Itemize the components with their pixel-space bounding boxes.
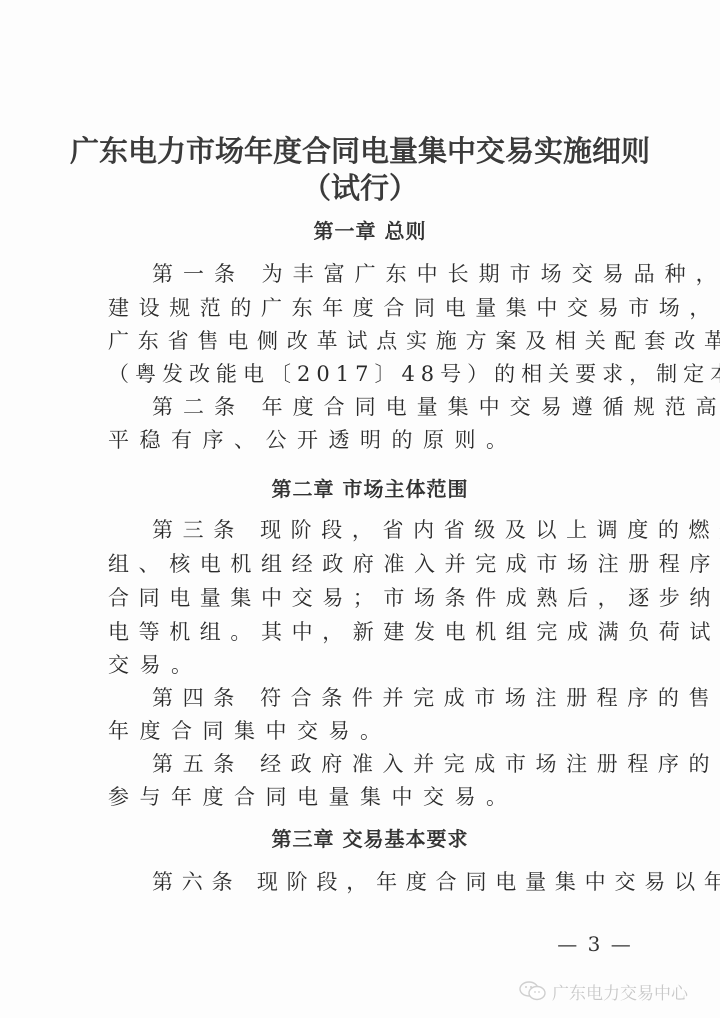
- document-subtitle: （试行）: [0, 170, 720, 206]
- chapter-heading-2: 第二章 市场主体范围: [0, 476, 720, 502]
- article-6-line-1: 第六条 现阶段，年度合同电量集中交易以年度为周期，在: [152, 868, 638, 896]
- article-3-line-4: 电等机组。其中，新建发电机组完成满负荷试运行后才能参加: [108, 618, 638, 646]
- article-3-line-1: 第三条 现阶段，省内省级及以上调度的燃煤机组、燃气机: [152, 516, 638, 544]
- chapter-heading-3: 第三章 交易基本要求: [0, 826, 720, 852]
- watermark-text: 广东电力交易中心: [552, 979, 688, 1004]
- article-4-line-1: 第四条 符合条件并完成市场注册程序的售电公司可参与: [152, 684, 638, 712]
- article-5-line-1: 第五条 经政府准入并完成市场注册程序的电力大用户可: [152, 750, 638, 778]
- article-4-line-2: 年度合同集中交易。: [108, 717, 638, 745]
- page-number: — 3 —: [555, 932, 635, 956]
- article-1-line-3: 广东省售电侧改革试点实施方案及相关配套改革方案的通知》: [108, 327, 638, 355]
- article-2-line-1: 第二条 年度合同电量集中交易遵循规范高效、公平公正、: [152, 393, 638, 421]
- article-1-line-2: 建设规范的广东年度合同电量集中交易市场，根据《关于印发: [108, 294, 638, 322]
- article-2-line-2: 平稳有序、公开透明的原则。: [108, 426, 638, 454]
- document-title: 广东电力市场年度合同电量集中交易实施细则: [0, 133, 720, 169]
- article-5-line-2: 参与年度合同电量集中交易。: [108, 783, 638, 811]
- document-page: 广东电力市场年度合同电量集中交易实施细则 （试行） 第一章 总则 第一条 为丰富…: [0, 0, 720, 1018]
- wechat-icon: [518, 980, 548, 1002]
- article-1-line-1: 第一条 为丰富广东中长期市场交易品种，降低交易成本，: [152, 260, 638, 288]
- article-3-line-5: 交易。: [108, 651, 638, 679]
- article-1-line-4: （粤发改能电〔2017〕48号）的相关要求，制定本细则。: [108, 360, 638, 388]
- chapter-heading-1: 第一章 总则: [0, 218, 720, 244]
- watermark: 广东电力交易中心: [518, 978, 688, 1004]
- article-3-line-3: 合同电量集中交易；市场条件成熟后，逐步纳入省内水电和风: [108, 584, 638, 612]
- article-3-line-2: 组、核电机组经政府准入并完成市场注册程序后，可参与年度: [108, 550, 638, 578]
